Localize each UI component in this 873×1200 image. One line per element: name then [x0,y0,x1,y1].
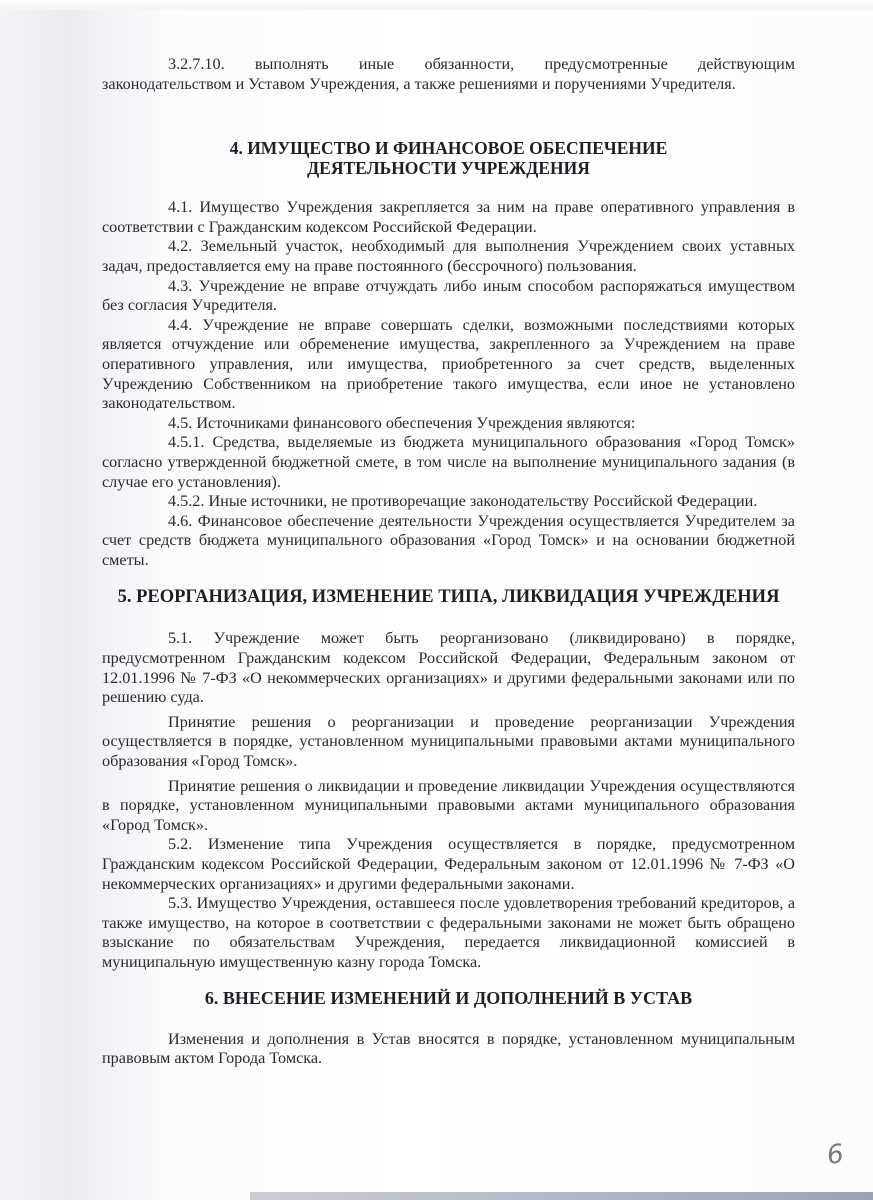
paragraph-4-5-2: 4.5.2. Иные источники, не противоречащие… [102,492,795,512]
document-body: 3.2.7.10. выполнять иные обязанности, пр… [102,55,795,1069]
scan-top-edge [0,0,873,10]
section-4-body: 4.1. Имущество Учреждения закрепляется з… [102,198,795,570]
paragraph-liquidation: Принятие решения о ликвидации и проведен… [102,777,795,836]
section-4-heading: 4. ИМУЩЕСТВО И ФИНАНСОВОЕ ОБЕСПЕЧЕНИЕ ДЕ… [102,138,795,178]
section-4-title-line1: 4. ИМУЩЕСТВО И ФИНАНСОВОЕ ОБЕСПЕЧЕНИЕ [230,138,668,158]
paragraph-5-3: 5.3. Имущество Учреждения, оставшееся по… [102,894,795,972]
paragraph-4-4: 4.4. Учреждение не вправе совершать сдел… [102,316,795,414]
paragraph-5-2: 5.2. Изменение типа Учреждения осуществл… [102,835,795,894]
paragraph-4-6: 4.6. Финансовое обеспечение деятельности… [102,512,795,571]
paragraph-4-1: 4.1. Имущество Учреждения закрепляется з… [102,198,795,237]
scan-bottom-edge [250,1192,873,1200]
paragraph-4-2: 4.2. Земельный участок, необходимый для … [102,237,795,276]
paragraph-4-5-1: 4.5.1. Средства, выделяемые из бюджета м… [102,433,795,492]
paragraph-4-3: 4.3. Учреждение не вправе отчуждать либо… [102,277,795,316]
section-6-body: Изменения и дополнения в Устав вносятся … [102,1030,795,1069]
section-6-heading: 6. ВНЕСЕНИЕ ИЗМЕНЕНИЙ И ДОПОЛНЕНИЙ В УСТ… [102,988,795,1008]
section-5-body: 5.1. Учреждение может быть реорганизован… [102,629,795,972]
section-4-title-line2: ДЕЯТЕЛЬНОСТИ УЧРЕЖДЕНИЯ [307,158,590,178]
paragraph-reorganization: Принятие решения о реорганизации и прове… [102,713,795,772]
paragraph-6: Изменения и дополнения в Устав вносятся … [102,1030,795,1069]
scanned-page: 3.2.7.10. выполнять иные обязанности, пр… [0,0,873,1200]
handwritten-page-number: 6 [825,1139,846,1171]
section-5-heading: 5. РЕОРГАНИЗАЦИЯ, ИЗМЕНЕНИЕ ТИПА, ЛИКВИД… [102,587,795,607]
paragraph-3-2-7-10: 3.2.7.10. выполнять иные обязанности, пр… [102,55,795,94]
paragraph-4-5: 4.5. Источниками финансового обеспечения… [102,414,795,434]
paragraph-5-1: 5.1. Учреждение может быть реорганизован… [102,629,795,707]
